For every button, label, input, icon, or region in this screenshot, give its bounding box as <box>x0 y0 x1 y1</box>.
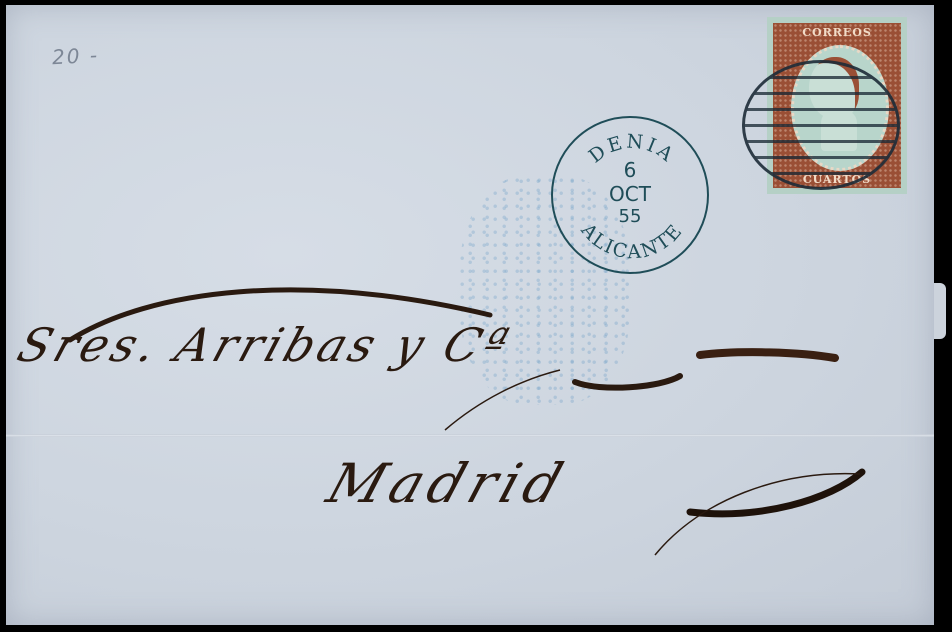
grid-cancel-mark <box>742 60 900 190</box>
cover-flap <box>934 283 946 339</box>
postmark-year: 55 <box>553 206 707 227</box>
postmark-day: 6 <box>553 158 707 182</box>
fold-crease <box>6 434 934 437</box>
stamp-top-text: CORREOS <box>773 26 901 39</box>
pencil-annotation: 20 - <box>51 43 99 69</box>
address-recipient: Sres. Arribas y Cª <box>11 318 519 372</box>
postmark: DENIA ALICANTE 6 OCT 55 <box>551 116 709 274</box>
address-city: Madrid <box>320 452 576 515</box>
postmark-month: OCT <box>553 182 707 206</box>
